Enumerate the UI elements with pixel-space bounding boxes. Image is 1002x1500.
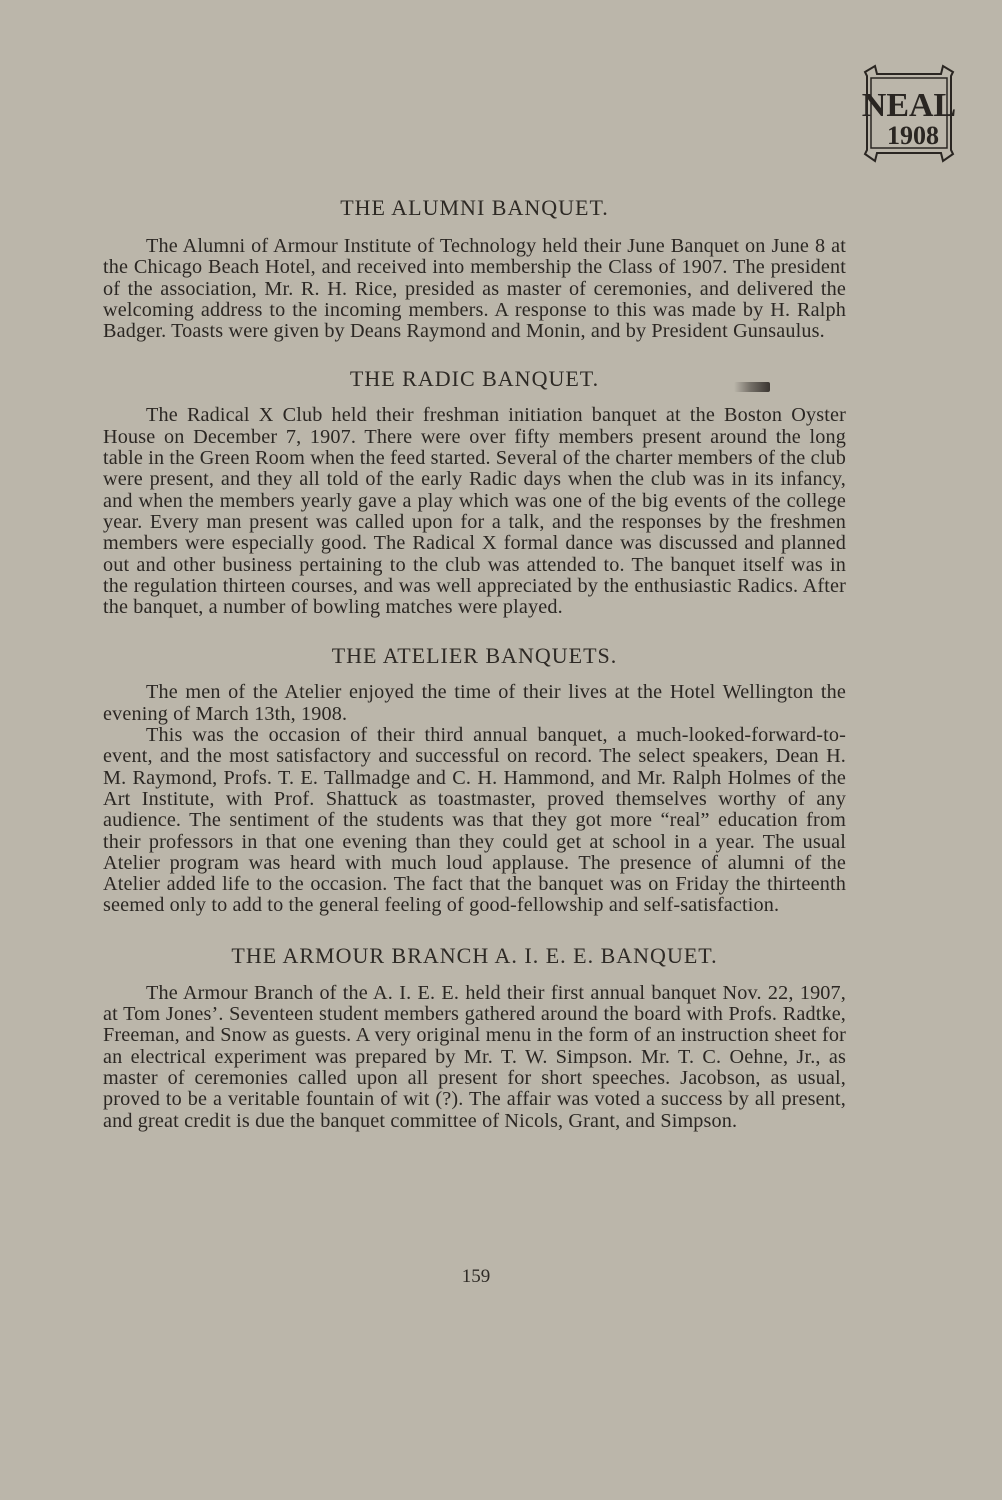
page-number: 159: [0, 1266, 952, 1288]
section-title: THE ATELIER BANQUETS.: [103, 642, 846, 670]
yearbook-monogram-icon: NEAL 1908: [855, 64, 963, 164]
section-paragraph: The Armour Branch of the A. I. E. E. hel…: [103, 983, 846, 1132]
section-paragraph: The Alumni of Armour Institute of Techno…: [103, 236, 846, 342]
logo-text-top: NEAL: [862, 87, 956, 124]
section-paragraph: This was the occasion of their third ann…: [103, 725, 846, 917]
section-title: THE ARMOUR BRANCH A. I. E. E. BANQUET.: [103, 942, 846, 970]
logo-text-bottom: 1908: [887, 121, 939, 150]
section-alumni-banquet: THE ALUMNI BANQUET. The Alumni of Armour…: [103, 194, 846, 342]
section-paragraph: The Radical X Club held their freshman i…: [103, 405, 846, 618]
section-aiee-banquet: THE ARMOUR BRANCH A. I. E. E. BANQUET. T…: [103, 942, 846, 1132]
section-radic-banquet: THE RADIC BANQUET. The Radical X Club he…: [103, 365, 846, 618]
page-content: THE ALUMNI BANQUET. The Alumni of Armour…: [103, 194, 846, 1132]
section-title: THE ALUMNI BANQUET.: [103, 194, 846, 222]
section-title: THE RADIC BANQUET.: [103, 365, 846, 393]
section-paragraph: The men of the Atelier enjoyed the time …: [103, 682, 846, 725]
section-atelier-banquets: THE ATELIER BANQUETS. The men of the Ate…: [103, 642, 846, 916]
